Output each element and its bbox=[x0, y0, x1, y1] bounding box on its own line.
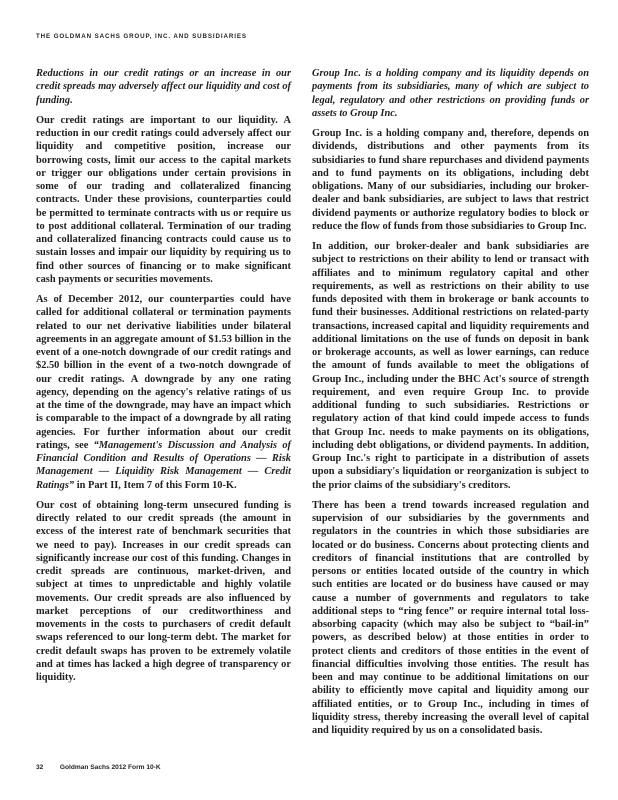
risk-factor-heading-credit-ratings: Reductions in our credit ratings or an i… bbox=[36, 67, 291, 107]
publication-title: Goldman Sachs 2012 Form 10-K bbox=[60, 764, 161, 771]
running-head: The Goldman Sachs Group, Inc. and Subsid… bbox=[36, 33, 247, 40]
page-number: 32 bbox=[36, 764, 58, 771]
paragraph-credit-ratings-importance: Our credit ratings are important to our … bbox=[36, 114, 291, 286]
page-footer: 32 Goldman Sachs 2012 Form 10-K bbox=[36, 764, 161, 771]
paragraph-text: in Part II, Item 7 of this Form 10-K. bbox=[74, 480, 236, 491]
paragraph-collateral-downgrade: As of December 2012, our counterparties … bbox=[36, 293, 291, 492]
paragraph-holding-company-dividends: Group Inc. is a holding company and, the… bbox=[312, 127, 589, 233]
paragraph-credit-spreads: Our cost of obtaining long-term unsecure… bbox=[36, 499, 291, 685]
risk-factor-heading-holding-company: Group Inc. is a holding company and its … bbox=[312, 67, 589, 120]
paragraph-subsidiary-restrictions: In addition, our broker-dealer and bank … bbox=[312, 240, 589, 492]
right-column: Group Inc. is a holding company and its … bbox=[312, 67, 589, 744]
left-column: Reductions in our credit ratings or an i… bbox=[36, 67, 291, 691]
paragraph-text: As of December 2012, our counterparties … bbox=[36, 294, 291, 451]
paragraph-ring-fencing: There has been a trend towards increased… bbox=[312, 499, 589, 738]
